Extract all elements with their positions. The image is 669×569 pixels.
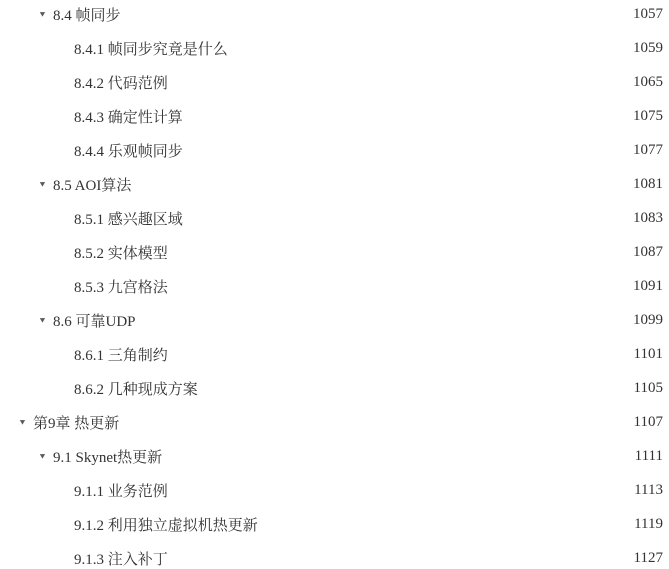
toc-item-page: 1087 bbox=[633, 244, 669, 261]
toc-item[interactable]: 8.5.3 九宫格法 1091 bbox=[0, 269, 669, 303]
toc-item-page: 1083 bbox=[633, 210, 669, 227]
toc-item-label[interactable]: 8.4.4 乐观帧同步 bbox=[74, 140, 633, 161]
toc-item[interactable]: 9.1.3 注入补丁 1127 bbox=[0, 541, 669, 569]
toc-item[interactable]: 8.4.4 乐观帧同步 1077 bbox=[0, 133, 669, 167]
toc-item[interactable]: ▼ 8.4 帧同步 1057 bbox=[0, 0, 669, 31]
toc-item-page: 1101 bbox=[634, 346, 669, 363]
toc-item-label[interactable]: 8.6 可靠UDP bbox=[53, 310, 633, 331]
toc-item-label[interactable]: 8.6.1 三角制约 bbox=[74, 344, 634, 365]
toc-item-label[interactable]: 8.4.2 代码范例 bbox=[74, 72, 633, 93]
toc-item[interactable]: 9.1.1 业务范例 1113 bbox=[0, 473, 669, 507]
toc-item-page: 1099 bbox=[633, 312, 669, 329]
toc-item-page: 1105 bbox=[634, 380, 669, 397]
toc-item-label[interactable]: 8.6.2 几种现成方案 bbox=[74, 378, 634, 399]
toc-item-page: 1077 bbox=[633, 142, 669, 159]
toc-item-page: 1119 bbox=[634, 516, 669, 533]
toc-item-page: 1111 bbox=[635, 448, 669, 465]
toc-item[interactable]: 8.4.1 帧同步究竟是什么 1059 bbox=[0, 31, 669, 65]
toc-item[interactable]: 8.4.2 代码范例 1065 bbox=[0, 65, 669, 99]
toc-item-page: 1091 bbox=[633, 278, 669, 295]
toc-item-label[interactable]: 8.4.1 帧同步究竟是什么 bbox=[74, 38, 633, 59]
toc-item-page: 1075 bbox=[633, 108, 669, 125]
collapse-triangle-icon[interactable]: ▼ bbox=[38, 10, 53, 18]
collapse-triangle-icon[interactable]: ▼ bbox=[38, 452, 53, 460]
toc-item[interactable]: ▼ 8.6 可靠UDP 1099 bbox=[0, 303, 669, 337]
toc-item[interactable]: 8.6.1 三角制约 1101 bbox=[0, 337, 669, 371]
toc-item[interactable]: 8.4.3 确定性计算 1075 bbox=[0, 99, 669, 133]
toc-item[interactable]: ▼ 8.5 AOI算法 1081 bbox=[0, 167, 669, 201]
toc-item-label[interactable]: 9.1 Skynet热更新 bbox=[53, 446, 635, 467]
toc-item-label[interactable]: 8.5.2 实体模型 bbox=[74, 242, 633, 263]
collapse-triangle-icon[interactable]: ▼ bbox=[38, 180, 53, 188]
toc-item-page: 1127 bbox=[634, 550, 669, 567]
toc-item[interactable]: ▼ 第9章 热更新 1107 bbox=[0, 405, 669, 439]
toc-item-page: 1081 bbox=[633, 176, 669, 193]
toc-item[interactable]: 8.5.1 感兴趣区域 1083 bbox=[0, 201, 669, 235]
collapse-triangle-icon[interactable]: ▼ bbox=[38, 316, 53, 324]
toc-item-label[interactable]: 8.5.1 感兴趣区域 bbox=[74, 208, 633, 229]
toc-item[interactable]: 8.6.2 几种现成方案 1105 bbox=[0, 371, 669, 405]
toc-item-label[interactable]: 9.1.3 注入补丁 bbox=[74, 548, 634, 569]
toc-item-label[interactable]: 第9章 热更新 bbox=[33, 412, 634, 433]
toc-item[interactable]: ▼ 9.1 Skynet热更新 1111 bbox=[0, 439, 669, 473]
collapse-triangle-icon[interactable]: ▼ bbox=[18, 418, 33, 426]
toc-item-label[interactable]: 8.5.3 九宫格法 bbox=[74, 276, 633, 297]
toc-item-label[interactable]: 8.4 帧同步 bbox=[53, 4, 633, 25]
toc-item-label[interactable]: 9.1.2 利用独立虚拟机热更新 bbox=[74, 514, 634, 535]
toc-item-page: 1057 bbox=[633, 6, 669, 23]
toc-item[interactable]: 9.1.2 利用独立虚拟机热更新 1119 bbox=[0, 507, 669, 541]
toc-panel: ▼ 8.4 帧同步 1057 8.4.1 帧同步究竟是什么 1059 8.4.2… bbox=[0, 0, 669, 569]
toc-item[interactable]: 8.5.2 实体模型 1087 bbox=[0, 235, 669, 269]
toc-item-page: 1059 bbox=[633, 40, 669, 57]
toc-item-page: 1065 bbox=[633, 74, 669, 91]
toc-item-page: 1107 bbox=[634, 414, 669, 431]
toc-item-label[interactable]: 8.5 AOI算法 bbox=[53, 174, 633, 195]
toc-item-label[interactable]: 8.4.3 确定性计算 bbox=[74, 106, 633, 127]
toc-item-page: 1113 bbox=[634, 482, 669, 499]
toc-item-label[interactable]: 9.1.1 业务范例 bbox=[74, 480, 634, 501]
